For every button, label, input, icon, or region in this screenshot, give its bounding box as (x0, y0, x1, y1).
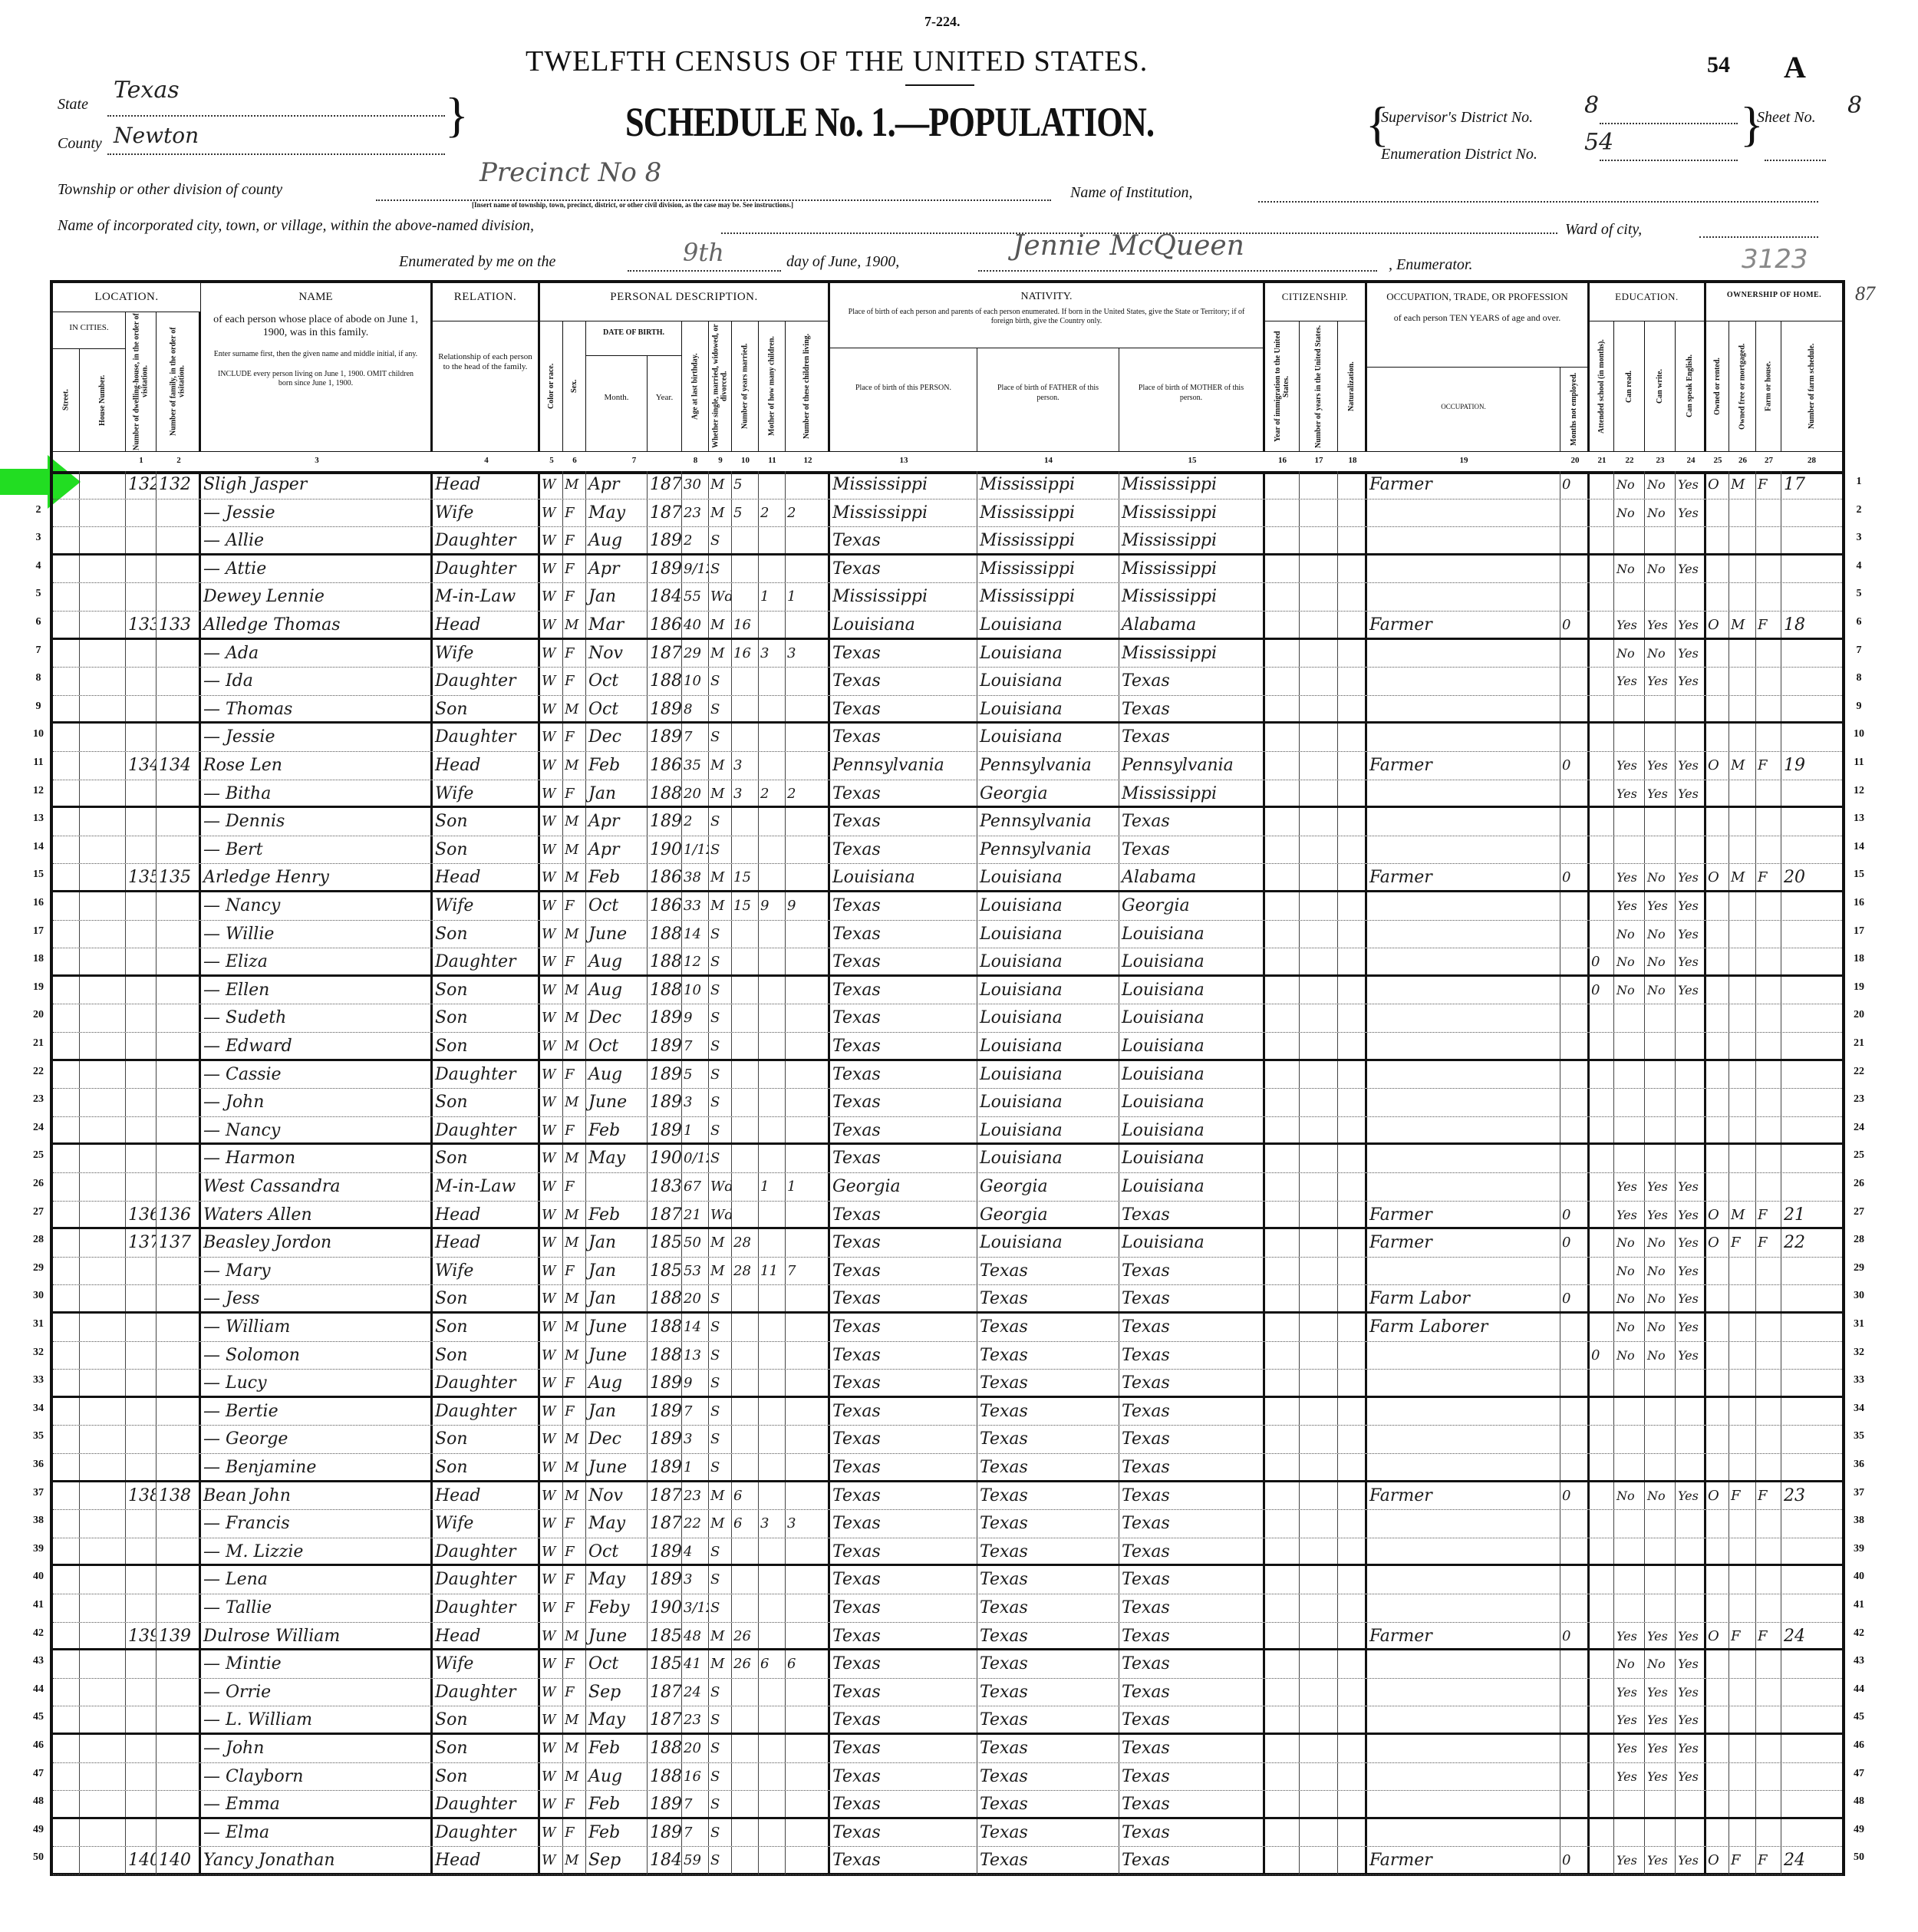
cell-empty (53, 1033, 80, 1059)
column-number: 1 (126, 456, 157, 465)
column-number: 6 (563, 456, 586, 465)
cell-sched (1781, 977, 1842, 1004)
cell-empty (80, 696, 126, 722)
cell-mother: Mississippi (1119, 640, 1265, 668)
cell-farm: F (1756, 864, 1781, 890)
cell-empty (1265, 1706, 1300, 1733)
cell-ym (732, 1370, 759, 1396)
cell-speak: Yes (1676, 556, 1706, 583)
cell-read (1614, 1004, 1645, 1032)
cell-empty (1338, 1145, 1367, 1172)
cell-mother: Texas (1119, 1763, 1265, 1791)
cell-year: 1900 (648, 836, 682, 864)
cell-name: Yancy Jonathan (201, 1847, 433, 1874)
cell-sex: F (563, 780, 586, 806)
cell-year: 1899 (648, 1117, 682, 1143)
cell-empty (1265, 1061, 1300, 1089)
cell-mother: Alabama (1119, 612, 1265, 638)
cell-ym: 15 (732, 864, 759, 890)
cell-marital: M (709, 752, 732, 780)
cell-unemp (1560, 808, 1590, 836)
cell-mo: 11 (759, 1258, 786, 1285)
cell-read: Yes (1614, 864, 1645, 890)
cell-speak: Yes (1676, 1202, 1706, 1228)
cell-marital: S (709, 556, 732, 583)
cell-name: — Francis (201, 1510, 433, 1538)
cell-empty (53, 527, 80, 553)
cell-mother: Texas (1119, 1482, 1265, 1510)
line-number: 22 (1847, 1066, 1870, 1078)
cell-unemp (1560, 499, 1590, 527)
cell-speak (1676, 1426, 1706, 1453)
cell-age: 7 (682, 1819, 709, 1847)
cell-family (157, 1314, 201, 1341)
cell-dwelling (126, 1285, 157, 1311)
cell-read: No (1614, 556, 1645, 583)
cell-dwelling: 135 (126, 864, 157, 890)
cell-age: 3 (682, 1426, 709, 1453)
cell-dwelling (126, 1706, 157, 1733)
cell-sex: M (563, 1706, 586, 1733)
cell-read: Yes (1614, 1763, 1645, 1791)
cell-dwelling (126, 556, 157, 583)
cell-unemp (1560, 1089, 1590, 1116)
cell-write: Yes (1645, 1735, 1676, 1762)
cell-farm (1756, 1004, 1781, 1032)
cell-empty (53, 471, 80, 499)
cell-empty (80, 1117, 126, 1143)
enumerator-line (978, 270, 1377, 272)
cell-empty (1265, 471, 1300, 499)
cell-mort (1729, 1819, 1756, 1847)
cell-write: Yes (1645, 1173, 1676, 1201)
cell-empty (1338, 1285, 1367, 1311)
cell-color: W (540, 1538, 563, 1564)
cell-family (157, 1061, 201, 1089)
cell-empty (1300, 808, 1338, 836)
cell-color: W (540, 1117, 563, 1143)
cell-write: Yes (1645, 752, 1676, 780)
cell-unemp (1560, 1117, 1590, 1143)
header-street: Street. (53, 349, 80, 451)
cell-speak: Yes (1676, 1314, 1706, 1341)
cell-pob: Texas (830, 1342, 977, 1370)
cell-sex: M (563, 1847, 586, 1874)
cell-sex: F (563, 1538, 586, 1564)
cell-name: — Allie (201, 527, 433, 553)
cell-unemp (1560, 1342, 1590, 1370)
cell-age: 50 (682, 1229, 709, 1257)
cell-father: Mississippi (977, 583, 1119, 611)
cell-pob: Texas (830, 1791, 977, 1817)
line-number: 23 (1847, 1093, 1870, 1106)
cell-color: W (540, 612, 563, 638)
cell-empty (1300, 1847, 1338, 1874)
cell-empty (80, 583, 126, 611)
cell-sex: M (563, 1623, 586, 1649)
cell-farm (1756, 1566, 1781, 1594)
cell-write (1645, 1594, 1676, 1622)
line-number: 35 (1847, 1430, 1870, 1442)
cell-school (1590, 1173, 1614, 1201)
cell-dwelling: 140 (126, 1847, 157, 1874)
header-relation-desc: Relationship of each person to the head … (433, 321, 540, 451)
cell-empty (53, 921, 80, 948)
cell-occ (1367, 892, 1560, 920)
cell-read (1614, 1117, 1645, 1143)
header-farm-house: Farm or house. (1756, 321, 1781, 451)
cell-write (1645, 836, 1676, 864)
cell-own (1706, 1706, 1729, 1733)
header-name: NAME of each person whose place of abode… (201, 283, 433, 451)
cell-sched (1781, 1342, 1842, 1370)
cell-occ (1367, 1398, 1560, 1426)
cell-empty (1300, 471, 1338, 499)
cell-mo (759, 696, 786, 722)
cell-age: 2 (682, 527, 709, 553)
cell-relation: Son (433, 977, 540, 1004)
cell-color: W (540, 471, 563, 499)
cell-cl (786, 1145, 830, 1172)
line-number: 49 (1847, 1824, 1870, 1836)
cell-unemp (1560, 556, 1590, 583)
cell-color: W (540, 668, 563, 695)
cell-cl (786, 556, 830, 583)
cell-empty (1338, 1454, 1367, 1480)
cell-school (1590, 1202, 1614, 1228)
cell-month: Apr (586, 556, 648, 583)
column-number-strip: 1234567891011121314151617181920212223242… (53, 451, 1842, 472)
cell-own (1706, 640, 1729, 668)
cell-own (1706, 583, 1729, 611)
cell-empty (80, 499, 126, 527)
cell-farm (1756, 836, 1781, 864)
cell-color: W (540, 1285, 563, 1311)
cell-marital: M (709, 471, 732, 499)
cell-cl (786, 1735, 830, 1762)
cell-sex: M (563, 471, 586, 499)
line-number-left: 7 (31, 645, 46, 657)
cell-ym: 26 (732, 1623, 759, 1649)
cell-ym (732, 1819, 759, 1847)
cell-mo (759, 724, 786, 751)
supervisors-district-value: 8 (1584, 92, 1599, 119)
cell-read: No (1614, 1285, 1645, 1311)
column-number: 24 (1676, 456, 1706, 465)
header-ownership: OWNERSHIP OF HOME. (1706, 283, 1842, 321)
cell-pob: Texas (830, 1285, 977, 1311)
cell-cl: 1 (786, 1173, 830, 1201)
cell-occ (1367, 808, 1560, 836)
cell-write (1645, 583, 1676, 611)
cell-read: Yes (1614, 612, 1645, 638)
cell-age: 9 (682, 1004, 709, 1032)
cell-father: Texas (977, 1650, 1119, 1678)
cell-relation: Head (433, 1202, 540, 1228)
header-can-speak: Can speak English. (1676, 321, 1706, 451)
cell-unemp (1560, 640, 1590, 668)
cell-speak: Yes (1676, 1735, 1706, 1762)
cell-mother: Louisiana (1119, 921, 1265, 948)
cell-sched (1781, 556, 1842, 583)
cell-cl (786, 921, 830, 948)
cell-family (157, 1258, 201, 1285)
supervisors-district-label: Supervisor's District No. (1381, 109, 1533, 127)
cell-empty (1265, 977, 1300, 1004)
cell-ym: 15 (732, 892, 759, 920)
cell-ym (732, 1285, 759, 1311)
cell-ym (732, 1314, 759, 1341)
cell-year: 1885 (648, 921, 682, 948)
cell-sched (1781, 1426, 1842, 1453)
cell-school (1590, 1033, 1614, 1059)
cell-own (1706, 1145, 1729, 1172)
cell-empty (1265, 583, 1300, 611)
cell-dwelling (126, 1173, 157, 1201)
cell-write (1645, 1004, 1676, 1032)
cell-relation: Wife (433, 780, 540, 806)
cell-age: 1/12 (682, 836, 709, 864)
line-number-left: 32 (31, 1347, 46, 1359)
line-number: 20 (1847, 1009, 1870, 1021)
line-number: 47 (1847, 1768, 1870, 1780)
cell-mort (1729, 1173, 1756, 1201)
cell-mo (759, 864, 786, 890)
cell-read (1614, 1566, 1645, 1594)
cell-color: W (540, 1791, 563, 1817)
cell-year: 1883 (648, 1763, 682, 1791)
table-row: 140140Yancy JonathanHeadWMSep184059STexa… (53, 1847, 1842, 1875)
cell-farm (1756, 808, 1781, 836)
cell-dwelling (126, 1538, 157, 1564)
cell-age: 14 (682, 921, 709, 948)
cell-own (1706, 1538, 1729, 1564)
column-number: 5 (540, 456, 563, 465)
cell-pob: Texas (830, 1847, 977, 1874)
cell-unemp: 0 (1560, 1202, 1590, 1228)
cell-age: 67 (682, 1173, 709, 1201)
cell-age: 12 (682, 948, 709, 974)
cell-family (157, 1398, 201, 1426)
cell-cl: 7 (786, 1258, 830, 1285)
cell-occ: Farmer (1367, 752, 1560, 780)
table-row: — JohnSonWMJune18963STexasLouisianaLouis… (53, 1089, 1842, 1117)
cell-empty (1265, 668, 1300, 695)
cell-mo (759, 1202, 786, 1228)
cell-empty (80, 921, 126, 948)
line-number-left: 10 (31, 728, 46, 740)
cell-dwelling (126, 1791, 157, 1817)
cell-name: — Mary (201, 1258, 433, 1285)
cell-empty (53, 808, 80, 836)
cell-sex: M (563, 612, 586, 638)
cell-relation: Head (433, 864, 540, 890)
header-pob-mother: Place of birth of MOTHER of this person. (1119, 348, 1265, 451)
cell-pob: Texas (830, 1033, 977, 1059)
cell-empty (53, 724, 80, 751)
cell-father: Louisiana (977, 977, 1119, 1004)
cell-speak (1676, 1819, 1706, 1847)
cell-name: — Elma (201, 1819, 433, 1847)
cell-empty (1300, 1229, 1338, 1257)
cell-occ (1367, 1258, 1560, 1285)
cell-month: May (586, 1510, 648, 1538)
header-family: Number of family, in the order of visita… (157, 312, 201, 451)
table-row: — BithaWifeWFJan188020M322TexasGeorgiaMi… (53, 780, 1842, 809)
cell-empty (80, 724, 126, 751)
cell-pob: Texas (830, 1679, 977, 1706)
cell-speak: Yes (1676, 1623, 1706, 1649)
title-ornament (905, 84, 974, 86)
cell-marital: S (709, 1454, 732, 1480)
cell-relation: Daughter (433, 1117, 540, 1143)
township-label: Township or other division of county (58, 181, 282, 199)
cell-sched: 22 (1781, 1229, 1842, 1257)
cell-color: W (540, 1623, 563, 1649)
cell-school (1590, 668, 1614, 695)
cell-month: Sep (586, 1679, 648, 1706)
cell-name: — Thomas (201, 696, 433, 722)
cell-year: 1898 (648, 1454, 682, 1480)
cell-father: Texas (977, 1454, 1119, 1480)
column-number: 21 (1590, 456, 1614, 465)
cell-name: — Benjamine (201, 1454, 433, 1480)
margin-stamp-number: 3123 (1742, 244, 1808, 275)
cell-pob: Texas (830, 1819, 977, 1847)
cell-school: 0 (1590, 948, 1614, 974)
cell-empty (53, 948, 80, 974)
cell-school (1590, 1650, 1614, 1678)
cell-unemp (1560, 921, 1590, 948)
cell-farm (1756, 1258, 1781, 1285)
line-number: 42 (1847, 1627, 1870, 1640)
cell-relation: Wife (433, 892, 540, 920)
cell-empty (1265, 808, 1300, 836)
cell-family (157, 1145, 201, 1172)
enumerated-suffix: day of June, 1900, (786, 253, 899, 271)
cell-empty (1265, 752, 1300, 780)
cell-month: Oct (586, 1033, 648, 1059)
cell-school (1590, 1285, 1614, 1311)
cell-sched (1781, 640, 1842, 668)
cell-empty (1338, 780, 1367, 806)
cell-empty (80, 556, 126, 583)
cell-write (1645, 724, 1676, 751)
line-number-left: 46 (31, 1739, 46, 1752)
cell-family (157, 1173, 201, 1201)
cell-relation: Head (433, 471, 540, 499)
cell-year: 1890 (648, 1370, 682, 1396)
cell-sched: 23 (1781, 1482, 1842, 1510)
cell-empty (53, 752, 80, 780)
line-number-left: 5 (31, 588, 46, 600)
cell-cl (786, 1004, 830, 1032)
cell-relation: Head (433, 612, 540, 638)
cell-pob: Texas (830, 640, 977, 668)
column-number: 25 (1706, 456, 1729, 465)
cell-pob: Texas (830, 1566, 977, 1594)
cell-cl (786, 1033, 830, 1059)
cell-relation: Daughter (433, 724, 540, 751)
cell-read: No (1614, 977, 1645, 1004)
cell-month: Sep (586, 1847, 648, 1874)
cell-ym: 28 (732, 1258, 759, 1285)
cell-empty (80, 1566, 126, 1594)
cell-unemp (1560, 948, 1590, 974)
cell-family (157, 1594, 201, 1622)
cell-dwelling (126, 1117, 157, 1143)
cell-empty (1265, 892, 1300, 920)
table-row: — FrancisWifeWFMay187822M633TexasTexasTe… (53, 1510, 1842, 1538)
cell-cl: 2 (786, 499, 830, 527)
cell-unemp (1560, 1173, 1590, 1201)
cell-unemp (1560, 780, 1590, 806)
cell-sched: 18 (1781, 612, 1842, 638)
table-row: — L. WilliamSonWMMay187723STexasTexasTex… (53, 1706, 1842, 1735)
cell-name: — Orrie (201, 1679, 433, 1706)
cell-dwelling (126, 977, 157, 1004)
table-row: — BenjamineSonWMJune18981STexasTexasTexa… (53, 1454, 1842, 1482)
cell-color: W (540, 1819, 563, 1847)
cell-family (157, 1033, 201, 1059)
header-years-us: Number of years in the United States. (1300, 321, 1338, 451)
cell-dwelling (126, 1679, 157, 1706)
cell-sched: 21 (1781, 1202, 1842, 1228)
cell-empty (53, 1202, 80, 1228)
cell-color: W (540, 1314, 563, 1341)
cell-empty (53, 1229, 80, 1257)
cell-marital: M (709, 1229, 732, 1257)
cell-empty (1265, 1566, 1300, 1594)
table-header: LOCATION. IN CITIES. Street. House Numbe… (53, 283, 1842, 474)
line-number: 32 (1847, 1347, 1870, 1359)
cell-father: Louisiana (977, 640, 1119, 668)
cell-sex: M (563, 1763, 586, 1791)
institution-label: Name of Institution, (1070, 184, 1192, 202)
cell-own (1706, 1679, 1729, 1706)
cell-year: 1880 (648, 780, 682, 806)
cell-mort: F (1729, 1623, 1756, 1649)
cell-speak: Yes (1676, 1285, 1706, 1311)
cell-month: May (586, 1566, 648, 1594)
cell-sched (1781, 696, 1842, 722)
header-naturalization: Naturalization. (1338, 321, 1367, 451)
cell-sex: M (563, 1482, 586, 1510)
cell-occ (1367, 1089, 1560, 1116)
cell-mort (1729, 1089, 1756, 1116)
cell-name: — Ellen (201, 977, 433, 1004)
cell-empty (80, 1314, 126, 1341)
cell-dwelling (126, 1735, 157, 1762)
cell-farm (1756, 1510, 1781, 1538)
cell-name: Arledge Henry (201, 864, 433, 890)
cell-month: June (586, 1454, 648, 1480)
cell-mo (759, 527, 786, 553)
cell-occ (1367, 583, 1560, 611)
cell-speak: Yes (1676, 1706, 1706, 1733)
cell-write: Yes (1645, 780, 1676, 806)
cell-sched (1781, 1061, 1842, 1089)
cell-father: Texas (977, 1819, 1119, 1847)
table-row: 132132Sligh JasperHeadWMApr187030M5Missi… (53, 471, 1842, 499)
cell-pob: Texas (830, 1145, 977, 1172)
cell-family (157, 1004, 201, 1032)
line-number: 5 (1847, 588, 1870, 600)
column-number: 13 (830, 456, 977, 465)
cell-empty (1300, 1398, 1338, 1426)
cell-own (1706, 1314, 1729, 1341)
cell-speak (1676, 696, 1706, 722)
